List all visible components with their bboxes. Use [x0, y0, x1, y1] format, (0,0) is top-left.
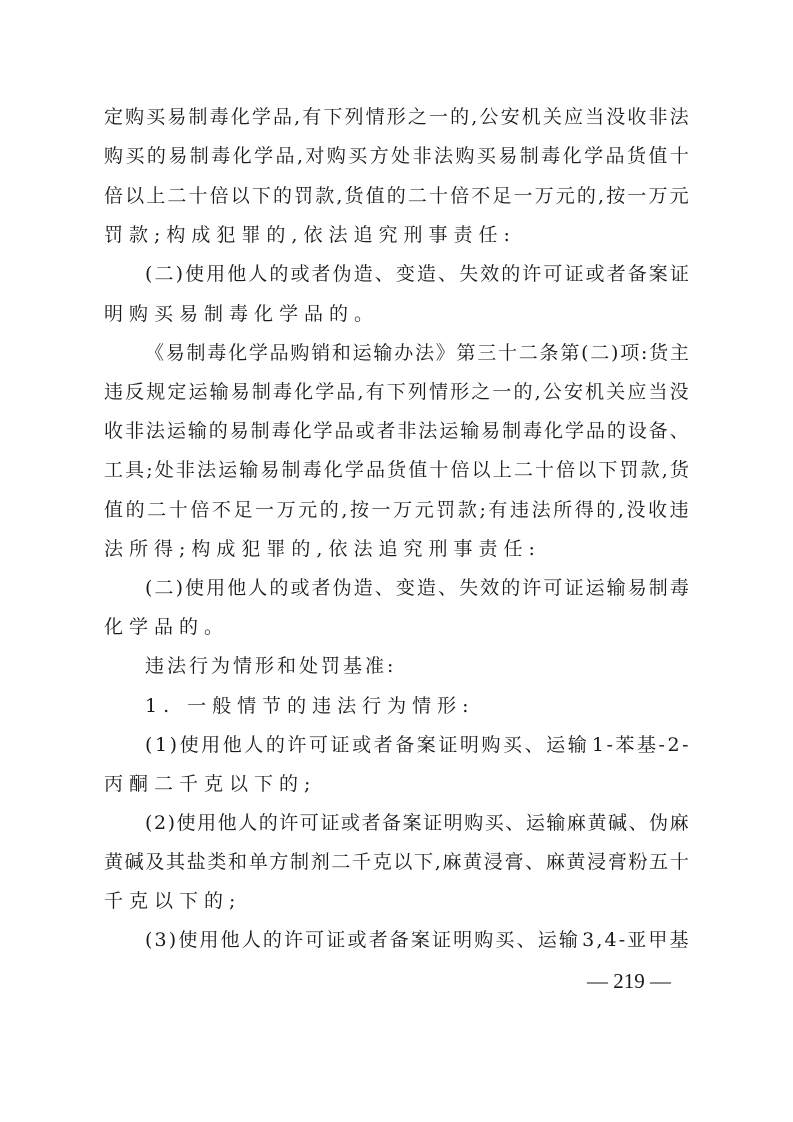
- text-line-20: 黄碱及其盐类和单方制剂二千克以下,麻黄浸膏、麻黄浸膏粉五十: [104, 847, 689, 877]
- text-line-19: (2)使用他人的许可证或者备案证明购买、运输麻黄碱、伪麻: [145, 808, 689, 838]
- text-line-21: 千克以下的;: [104, 886, 689, 916]
- page-number: — 219 —: [574, 966, 684, 996]
- text-line-2: 购买的易制毒化学品,对购买方处非法购买易制毒化学品货值十: [104, 141, 689, 171]
- text-line-9: 收非法运输的易制毒化学品或者非法运输易制毒化学品的设备、: [104, 416, 689, 446]
- text-line-22: (3)使用他人的许可证或者备案证明购买、运输 3,4-亚甲基: [145, 925, 689, 955]
- text-line-12: 法所得;构成犯罪的,依法追究刑事责任:: [104, 534, 689, 564]
- subsection-heading: 1. 一般情节的违法行为情形:: [145, 691, 689, 721]
- text-line-14: 化学品的。: [104, 612, 689, 642]
- text-line-8: 违反规定运输易制毒化学品,有下列情形之一的,公安机关应当没: [104, 377, 689, 407]
- text-line-17: (1)使用他人的许可证或者备案证明购买、运输 1-苯基-2-: [145, 730, 689, 760]
- text-line-6: 明购买易制毒化学品的。: [104, 299, 689, 329]
- text-line-3: 倍以上二十倍以下的罚款,货值的二十倍不足一万元的,按一万元: [104, 181, 689, 211]
- text-line-11: 值的二十倍不足一万元的,按一万元罚款;有违法所得的,没收违: [104, 495, 689, 525]
- text-line-1: 定购买易制毒化学品,有下列情形之一的,公安机关应当没收非法: [104, 102, 689, 132]
- text-line-13: (二)使用他人的或者伪造、变造、失效的许可证运输易制毒: [145, 573, 689, 603]
- text-line-18: 丙酮二千克以下的;: [104, 769, 689, 799]
- text-line-5: (二)使用他人的或者伪造、变造、失效的许可证或者备案证: [145, 259, 689, 289]
- text-line-4: 罚款;构成犯罪的,依法追究刑事责任:: [104, 220, 689, 250]
- text-line-10: 工具;处非法运输易制毒化学品货值十倍以上二十倍以下罚款,货: [104, 455, 689, 485]
- text-line-7: 《易制毒化学品购销和运输办法》第三十二条第(二)项:货主: [145, 338, 689, 368]
- section-heading: 违法行为情形和处罚基准:: [145, 651, 689, 681]
- document-page: 定购买易制毒化学品,有下列情形之一的,公安机关应当没收非法 购买的易制毒化学品,…: [0, 0, 793, 1122]
